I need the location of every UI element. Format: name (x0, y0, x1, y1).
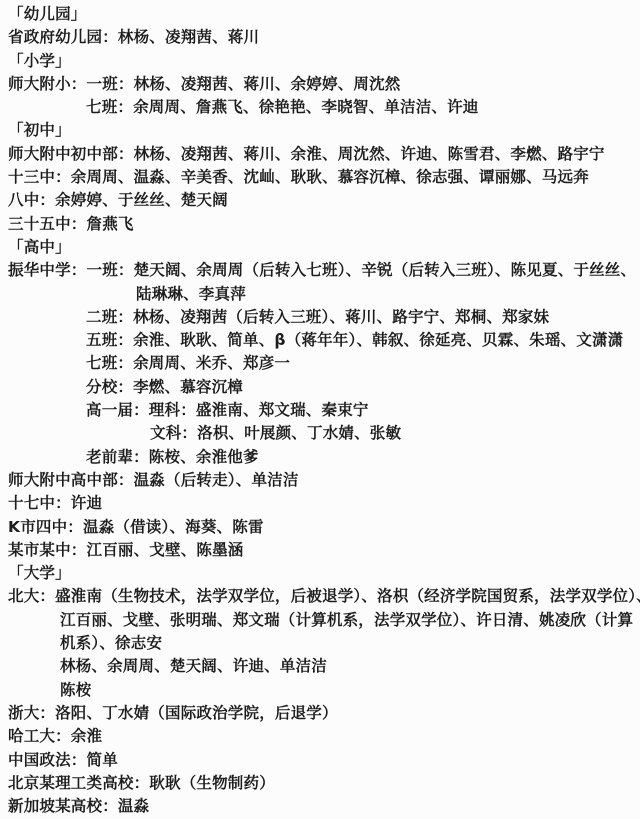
text-line: 十七中：许迪 (8, 492, 636, 515)
text-line: 北京某理工类高校：耿耿（生物制药） (8, 772, 636, 795)
text-line: 高一届：理科：盛淮南、郑文瑞、秦束宁 (8, 399, 636, 422)
character-school-list-document: 「幼儿园」省政府幼儿园：林杨、凌翔茜、蒋川「小学」师大附小：一班：林杨、凌翔茜、… (0, 0, 640, 819)
text-line: 师大附中初中部：林杨、凌翔茜、蒋川、余淮、周沈然、许迪、陈雪君、李燃、路宇宁 (8, 143, 636, 166)
text-line: 八中：余婷婷、于丝丝、楚天阔 (8, 189, 636, 212)
text-line: 新加坡某高校：温淼 (8, 795, 636, 818)
text-line: 江百丽、戈壁、张明瑞、郑文瑞（计算机系，法学双学位）、许日清、姚凌欣（计算 (8, 609, 636, 632)
text-line: 五班：余淮、耿耿、简单、β（蒋年年）、韩叙、徐延亮、贝霖、朱瑶、文潇潇 (8, 329, 636, 352)
text-line: 某市某中：江百丽、戈壁、陈墨涵 (8, 539, 636, 562)
text-line: 十三中：余周周、温淼、辛美香、沈屾、耿耿、慕容沉樟、徐志强、谭丽娜、马远奔 (8, 166, 636, 189)
text-line: 「大学」 (8, 562, 636, 585)
text-line: 二班：林杨、凌翔茜（后转入三班）、蒋川、路宇宁、郑桐、郑家妹 (8, 306, 636, 329)
text-line: 师大附小：一班：林杨、凌翔茜、蒋川、余婷婷、周沈然 (8, 73, 636, 96)
text-line: 机系）、徐志安 (8, 632, 636, 655)
text-line: 振华中学：一班：楚天阔、余周周（后转入七班）、辛锐（后转入三班）、陈见夏、于丝丝… (8, 259, 636, 282)
text-line: 「小学」 (8, 50, 636, 73)
text-line: 分校：李燃、慕容沉樟 (8, 376, 636, 399)
text-line: 七班：余周周、米乔、郑彦一 (8, 352, 636, 375)
text-line: 师大附中高中部：温淼（后转走）、单洁洁 (8, 469, 636, 492)
text-line: 陈桉 (8, 679, 636, 702)
text-line: 哈工大：余淮 (8, 725, 636, 748)
text-line: 中国政法：简单 (8, 749, 636, 772)
text-line: 「高中」 (8, 236, 636, 259)
text-line: 浙大：洛阳、丁水婧（国际政治学院，后退学） (8, 702, 636, 725)
text-line: 「初中」 (8, 119, 636, 142)
text-line: 老前辈：陈桉、余淮他爹 (8, 446, 636, 469)
text-line: 文科：洛枳、叶展颜、丁水婧、张敏 (8, 422, 636, 445)
text-line: 「幼儿园」 (8, 3, 636, 26)
text-line: 北大：盛淮南（生物技术，法学双学位，后被退学）、洛枳（经济学院国贸系，法学双学位… (8, 585, 636, 608)
text-line: 三十五中：詹燕飞 (8, 213, 636, 236)
text-line: 省政府幼儿园：林杨、凌翔茜、蒋川 (8, 26, 636, 49)
text-line: 陆琳琳、李真萍 (8, 283, 636, 306)
text-line: K市四中：温淼（借读）、海葵、陈雷 (8, 516, 636, 539)
text-line: 林杨、余周周、楚天阔、许迪、单洁洁 (8, 655, 636, 678)
text-line: 七班：余周周、詹燕飞、徐艳艳、李晓智、单洁洁、许迪 (8, 96, 636, 119)
